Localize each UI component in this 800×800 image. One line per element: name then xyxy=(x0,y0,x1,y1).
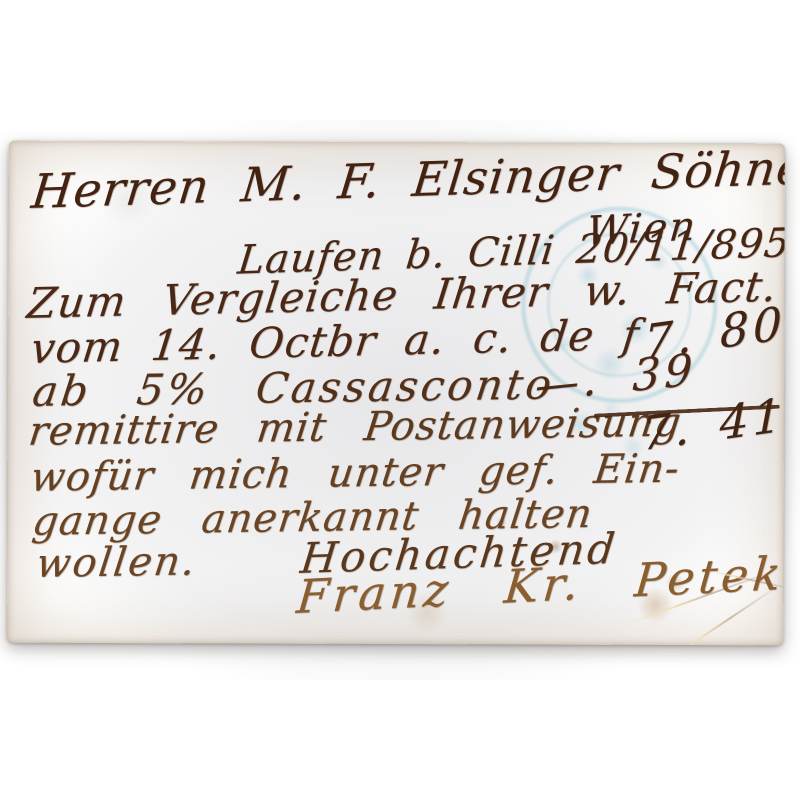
photo-background: Herren M. F. Elsinger SöhneWienLaufen b.… xyxy=(0,0,800,800)
postcard: Herren M. F. Elsinger SöhneWienLaufen b.… xyxy=(7,141,785,646)
body-line-7: wollen. xyxy=(34,539,200,587)
handwriting-layer: Herren M. F. Elsinger SöhneWienLaufen b.… xyxy=(7,141,785,646)
